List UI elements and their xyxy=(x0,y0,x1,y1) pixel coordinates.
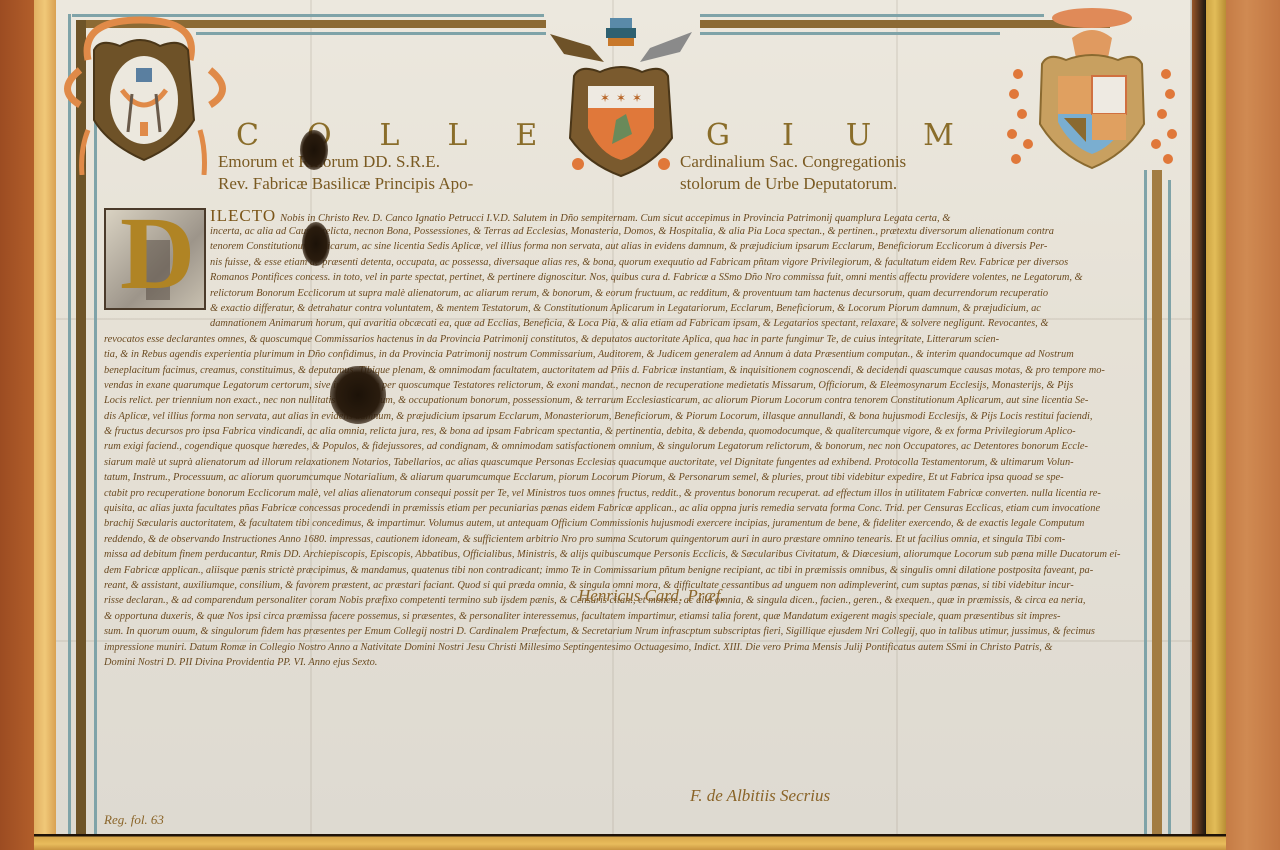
text-line: dem Fabricæ applican., aliisque pænis st… xyxy=(104,563,1144,578)
border-brown-right xyxy=(1152,170,1162,834)
frame-shadow xyxy=(1190,0,1206,834)
text-line: beneplacitum facimus, creamus, constitui… xyxy=(104,363,1144,378)
prefect-signature: Henricus Card. Præf. xyxy=(578,586,725,606)
secretary-signature: F. de Albitiis Secrius xyxy=(690,786,830,806)
subtitle-line2-left: Rev. Fabricæ Basilicæ Principis Apo- xyxy=(218,174,473,194)
border-blue-inner xyxy=(700,32,1000,35)
text-line: revocatos esse declarantes omnes, & quos… xyxy=(104,332,1144,347)
text-line: & fructus decursos pro ipsa Fabrica vind… xyxy=(104,424,1144,439)
papal-crest-icon: ✶ ✶ ✶ xyxy=(550,14,692,182)
frame-right-wood xyxy=(1224,0,1280,850)
svg-text:✶: ✶ xyxy=(616,91,626,105)
text-line: & exactio differatur, & detrahatur contr… xyxy=(104,301,1144,316)
svg-text:✶: ✶ xyxy=(600,91,610,105)
registry-note: Reg. fol. 63 xyxy=(104,812,164,828)
subtitle-line2-right: stolorum de Urbe Deputatorum. xyxy=(680,174,897,194)
border-blue-inner xyxy=(196,32,546,35)
subtitle-line1-right: Cardinalium Sac. Congregationis xyxy=(680,152,906,172)
border-blue-right-outer xyxy=(1168,180,1171,834)
text-line: Locis relict. per triennium non exact., … xyxy=(104,393,1144,408)
text-line: quisita, ac alias juxta facultates pñas … xyxy=(104,501,1144,516)
right-cardinal-crest-icon xyxy=(1002,4,1182,176)
text-line: missa ad debitum finem perducantur, Rmis… xyxy=(104,547,1144,562)
title-gium: GIUM xyxy=(706,118,1006,153)
left-cardinal-crest-icon xyxy=(60,10,230,175)
text-line: sum. In quorum ouum, & singulorum fidem … xyxy=(104,624,1144,639)
text-line: nis fuisse, & esse etiam de præsenti det… xyxy=(104,255,1144,270)
wax-seal-stain xyxy=(300,130,328,170)
text-line: brachij Sæcularis auctoritatem, & facult… xyxy=(104,516,1144,531)
wax-seal-stain xyxy=(302,222,330,266)
text-line: ctabit pro recuperatione bonorum Ecclico… xyxy=(104,486,1144,501)
frame-left-gilt xyxy=(34,0,56,850)
text-line: Romanos Pontifices concess. in toto, vel… xyxy=(104,270,1144,285)
text-line: siarum malè ut suprà alienatorum ad illo… xyxy=(104,455,1144,470)
title-colle: COLLE xyxy=(236,118,585,153)
wax-seal-stain xyxy=(330,366,386,424)
text-line: tia, & in Rebus agendis experientia plur… xyxy=(104,347,1144,362)
text-line: dis Aplicæ, vel illius forma non servata… xyxy=(104,409,1144,424)
subtitle-line1-left: Emorum et Rmorum DD. S.R.E. xyxy=(218,152,440,172)
text-line: incerta, ac alia ad Causas relicta, necn… xyxy=(104,224,1144,239)
border-blue-top-right xyxy=(700,14,1044,17)
text-line: impressione muniri. Datum Romæ in Colleg… xyxy=(104,640,1144,655)
text-line: tatum, Instrum., Processuum, ac aliorum … xyxy=(104,470,1144,485)
frame-right-gilt xyxy=(1204,0,1226,850)
text-line: & opportuna duxeris, & quæ Nos ipsi circ… xyxy=(104,609,1144,624)
text-line: relictorum Bonorum Ecclicorum ut supra m… xyxy=(104,286,1144,301)
opening-line: ILECTO Nobis in Christo Rev. D. Canco Ig… xyxy=(104,208,1144,224)
text-line: vendas in exane quarumque Legatorum cert… xyxy=(104,378,1144,393)
border-blue-right-inner xyxy=(1144,170,1147,834)
text-line: reddendo, & de observando Instructiones … xyxy=(104,532,1144,547)
frame-bottom-gilt xyxy=(34,834,1226,850)
text-line: tenorem Constitutionum Aplicarum, ac sin… xyxy=(104,239,1144,254)
text-line: rum exigi faciend., cogendique quosque h… xyxy=(104,439,1144,454)
svg-text:✶: ✶ xyxy=(632,91,642,105)
text-line: damnationem Animarum horum, qui avaritia… xyxy=(104,316,1144,331)
border-blue-left-inner xyxy=(94,120,97,834)
text-line: Domini Nostri D. PII Divina Providentia … xyxy=(104,655,1144,670)
